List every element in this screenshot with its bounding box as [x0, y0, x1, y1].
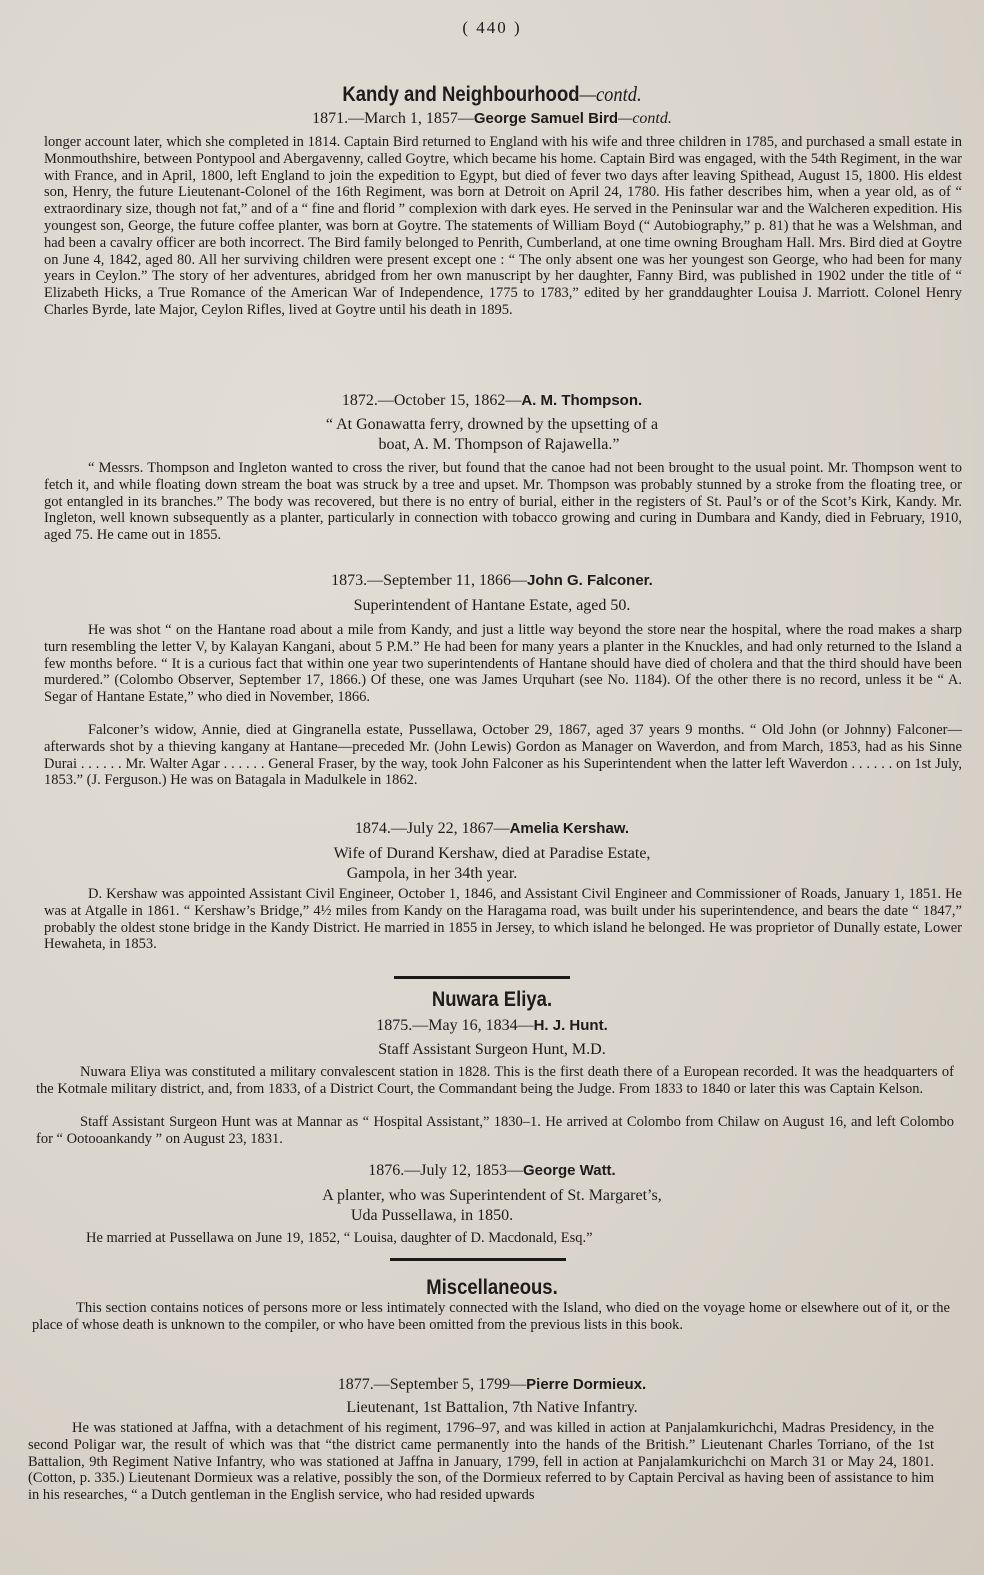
entry-subtitle-1873: Superintendent of Hantane Estate, aged 5… [0, 596, 984, 616]
entry-subtitle-1876: A planter, who was Superintendent of St.… [0, 1186, 984, 1226]
entry-subtitle-1872: “ At Gonawatta ferry, drowned by the ups… [0, 415, 984, 455]
section-heading-nuwara-eliya: Nuwara Eliya. [59, 988, 925, 1012]
entry-body-1871: longer account later, which she complete… [44, 134, 962, 319]
entry-title-1875: 1875.—May 16, 1834—H. J. Hunt. [0, 1017, 984, 1035]
entry-body-1877: He was stationed at Jaffna, with a detac… [28, 1420, 934, 1504]
entry-body-1875-b: Staff Assistant Surgeon Hunt was at Mann… [36, 1114, 954, 1148]
entry-body-1872: “ Messrs. Thompson and Ingleton wanted t… [44, 460, 962, 544]
entry-body-1873-b: Falconer’s widow, Annie, died at Gingran… [44, 722, 962, 789]
section-intro-miscellaneous: This section contains notices of persons… [32, 1300, 950, 1334]
entry-body-1873-a: He was shot “ on the Hantane road about … [44, 622, 962, 706]
book-page: ( 440 ) Kandy and Neighbourhood—contd. 1… [0, 0, 984, 1575]
entry-title-1873: 1873.—September 11, 1866—John G. Falcone… [0, 572, 984, 590]
entry-subtitle-1877: Lieutenant, 1st Battalion, 7th Native In… [0, 1398, 984, 1418]
section-divider [390, 1258, 566, 1261]
entry-title-1876: 1876.—July 12, 1853—George Watt. [0, 1162, 984, 1180]
entry-title-1877: 1877.—September 5, 1799—Pierre Dormieux. [0, 1376, 984, 1394]
entry-title-1872: 1872.—October 15, 1862—A. M. Thompson. [0, 392, 984, 410]
entry-subtitle-1875: Staff Assistant Surgeon Hunt, M.D. [0, 1040, 984, 1060]
section-divider [394, 976, 570, 979]
entry-subtitle-1874: Wife of Durand Kershaw, died at Paradise… [0, 844, 984, 884]
section-heading-kandy: Kandy and Neighbourhood—contd. [59, 82, 925, 107]
entry-title-1871: 1871.—March 1, 1857—George Samuel Bird—c… [0, 110, 984, 128]
section-heading-miscellaneous: Miscellaneous. [59, 1276, 925, 1300]
entry-body-1874: D. Kershaw was appointed Assistant Civil… [44, 886, 962, 953]
entry-body-1876: He married at Pussellawa on June 19, 185… [86, 1230, 886, 1247]
page-number: ( 440 ) [0, 18, 984, 38]
entry-body-1875-a: Nuwara Eliya was constituted a military … [36, 1064, 954, 1098]
entry-title-1874: 1874.—July 22, 1867—Amelia Kershaw. [0, 820, 984, 838]
